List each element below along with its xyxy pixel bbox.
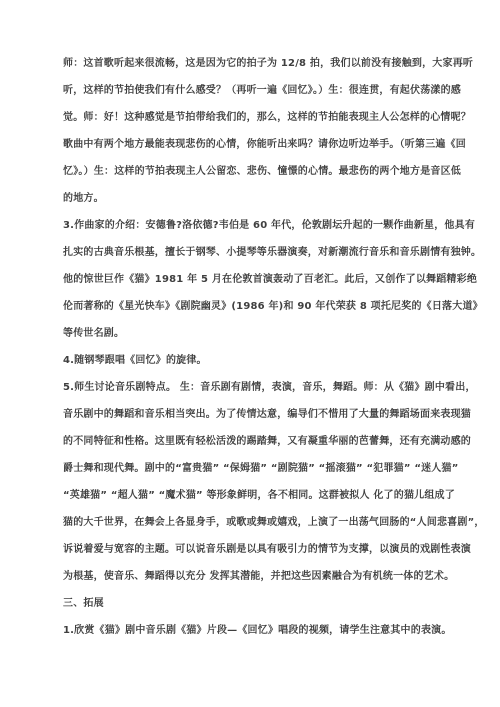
text-line: 5.师生讨论音乐剧特点。 生：音乐剧有剧情，表演，音乐，舞蹈。师：从《猫》剧中看…: [63, 374, 445, 401]
text-line: 1.欣赏《猫》剧中音乐剧《猫》片段—《回忆》唱段的视频，请学生注意其中的表演。: [63, 617, 445, 644]
text-line: 觉。师：好！这种感觉是节拍带给我们的，那么，这样的节拍能表现主人公怎样的心情呢？: [63, 104, 445, 131]
text-line: 等传世名剧。: [63, 320, 445, 347]
text-line: 扎实的古典音乐根基，擅长于钢琴、小提琴等乐器演奏，对新潮流行音乐和音乐剧情有独钟…: [63, 239, 445, 266]
text-line: 猫的大千世界，在舞会上各显身手，或歌或舞或嬉戏，上演了一出荡气回肠的“人间悲喜剧…: [63, 509, 445, 536]
text-line: 他的惊世巨作《猫》1981 年 5 月在伦敦首演轰动了百老汇。此后，又创作了以舞…: [63, 266, 445, 293]
text-line: 音乐剧中的舞蹈和音乐相当突出。为了传情达意，编导们不惜用了大量的舞蹈场面来表现猫: [63, 401, 445, 428]
paragraph-expansion-item-1: 1.欣赏《猫》剧中音乐剧《猫》片段—《回忆》唱段的视频，请学生注意其中的表演。: [63, 617, 445, 644]
paragraph-musical-features-discussion: 5.师生讨论音乐剧特点。 生：音乐剧有剧情，表演，音乐，舞蹈。师：从《猫》剧中看…: [63, 374, 445, 590]
paragraph-section-heading-expansion: 三、拓展: [63, 590, 445, 617]
text-line: 听，这样的节拍使我们有什么感受？（再听一遍《回忆》。）生：很连贯，有起伏荡漾的感: [63, 77, 445, 104]
document-text-block: 师：这首歌听起来很流畅，这是因为它的拍子为 12/8 拍，我们以前没有接触到，大…: [63, 50, 445, 644]
text-line: 爵士舞和现代舞。剧中的“富贵猫” “保姆猫” “剧院猫” “摇滚猫” “犯罪猫”…: [63, 455, 445, 482]
text-line: 忆》。）生：这样的节拍表现主人公留恋、悲伤、憧憬的心情。最悲伤的两个地方是音区低: [63, 158, 445, 185]
text-line: 师：这首歌听起来很流畅，这是因为它的拍子为 12/8 拍，我们以前没有接触到，大…: [63, 50, 445, 77]
paragraph-dialogue-about-rhythm: 师：这首歌听起来很流畅，这是因为它的拍子为 12/8 拍，我们以前没有接触到，大…: [63, 50, 445, 212]
text-line: 诉说着爱与宽容的主题。可以说音乐剧是以具有吸引力的情节为支撑，以演员的戏剧性表演: [63, 536, 445, 563]
text-line: 歌曲中有两个地方最能表现悲伤的心情，你能听出来吗？请你边听边举手。（听第三遍《回: [63, 131, 445, 158]
paragraph-composer-introduction: 3.作曲家的介绍：安德鲁?洛依德?韦伯是 60 年代，伦敦剧坛升起的一颗作曲新星…: [63, 212, 445, 347]
text-line: 4.随钢琴跟唱《回忆》的旋律。: [63, 347, 445, 374]
text-line: “英雄猫” “超人猫” “魔术猫” 等形象鲜明，各不相同。这群被拟人 化了的猫儿…: [63, 482, 445, 509]
text-line: 伦而著称的《星光快车》《剧院幽灵》(1986 年)和 90 年代荣获 8 项托尼…: [63, 293, 445, 320]
text-line: 的地方。: [63, 185, 445, 212]
document-page: 师：这首歌听起来很流畅，这是因为它的拍子为 12/8 拍，我们以前没有接触到，大…: [0, 0, 500, 707]
section-heading: 三、拓展: [63, 590, 445, 617]
text-line: 的不同特征和性格。这里既有轻松活泼的踢踏舞，又有凝重华丽的芭蕾舞，还有充满动感的: [63, 428, 445, 455]
paragraph-sing-along-melody: 4.随钢琴跟唱《回忆》的旋律。: [63, 347, 445, 374]
text-line: 3.作曲家的介绍：安德鲁?洛依德?韦伯是 60 年代，伦敦剧坛升起的一颗作曲新星…: [63, 212, 445, 239]
text-line: 为根基，使音乐、舞蹈得以充分 发挥其潜能，并把这些因素融合为有机统一体的艺术。: [63, 563, 445, 590]
